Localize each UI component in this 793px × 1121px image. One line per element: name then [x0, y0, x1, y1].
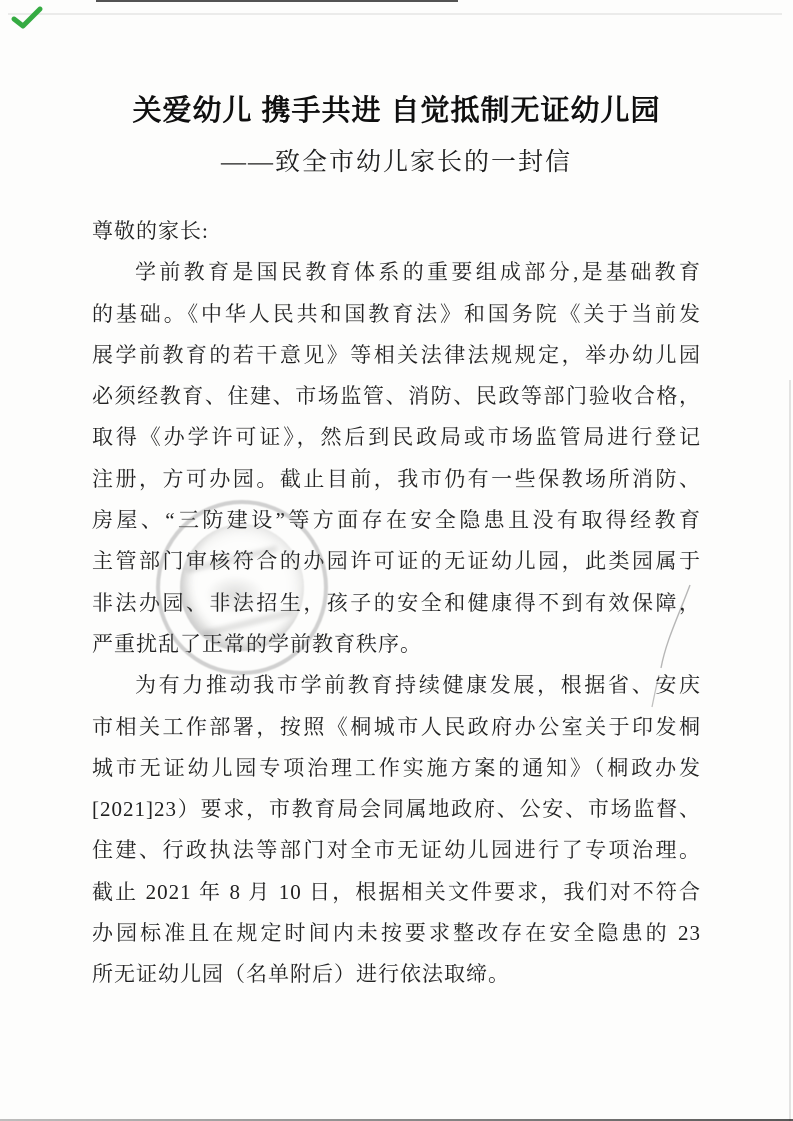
text-line: 所无证幼儿园（名单附后）进行依法取缔。	[92, 954, 701, 995]
letter-subtitle: ——致全市幼儿家长的一封信	[0, 142, 793, 178]
scanned-letter-page: 关爱幼儿 携手共进 自觉抵制无证幼儿园 ——致全市幼儿家长的一封信 尊敬的家长:…	[0, 0, 793, 1121]
text-line: 截止 2021 年 8 月 10 日，根据相关文件要求，我们对不符合	[92, 872, 701, 913]
green-check-icon	[11, 6, 43, 30]
text-line: 学前教育是国民教育体系的重要组成部分,是基础教育	[92, 252, 701, 293]
text-line: 注册，方可办园。截止目前，我市仍有一些保教场所消防、	[92, 459, 701, 500]
text-line: 取得《办学许可证》，然后到民政局或市场监管局进行登记	[92, 417, 701, 458]
text-line: 的基础。《中华人民共和国教育法》和国务院《关于当前发	[92, 294, 701, 335]
scan-edge-artifact-top	[96, 0, 458, 2]
text-line: 展学前教育的若干意见》等相关法律法规规定，举办幼儿园	[92, 335, 701, 376]
text-line: 住建、行政执法等部门对全市无证幼儿园进行了专项治理。	[92, 830, 701, 871]
text-line: 必须经教育、住建、市场监管、消防、民政等部门验收合格，	[92, 376, 701, 417]
greeting: 尊敬的家长:	[92, 211, 701, 252]
text-line: 办园标准且在规定时间内未按要求整改存在安全隐患的 23	[92, 913, 701, 954]
text-line: 为有力推动我市学前教育持续健康发展，根据省、安庆	[92, 665, 701, 706]
text-line: 市相关工作部署，按照《桐城市人民政府办公室关于印发桐	[92, 707, 701, 748]
scan-hairline-artifact	[8, 13, 782, 15]
letter-title: 关爱幼儿 携手共进 自觉抵制无证幼儿园	[0, 88, 793, 129]
text-line: 城市无证幼儿园专项治理工作实施方案的通知》（桐政办发	[92, 748, 701, 789]
text-line: [2021]23）要求，市教育局会同属地政府、公安、市场监督、	[92, 789, 701, 830]
scan-crease-line	[630, 575, 710, 715]
seal-smudge	[205, 575, 265, 615]
scan-edge-artifact-right	[789, 380, 791, 1121]
